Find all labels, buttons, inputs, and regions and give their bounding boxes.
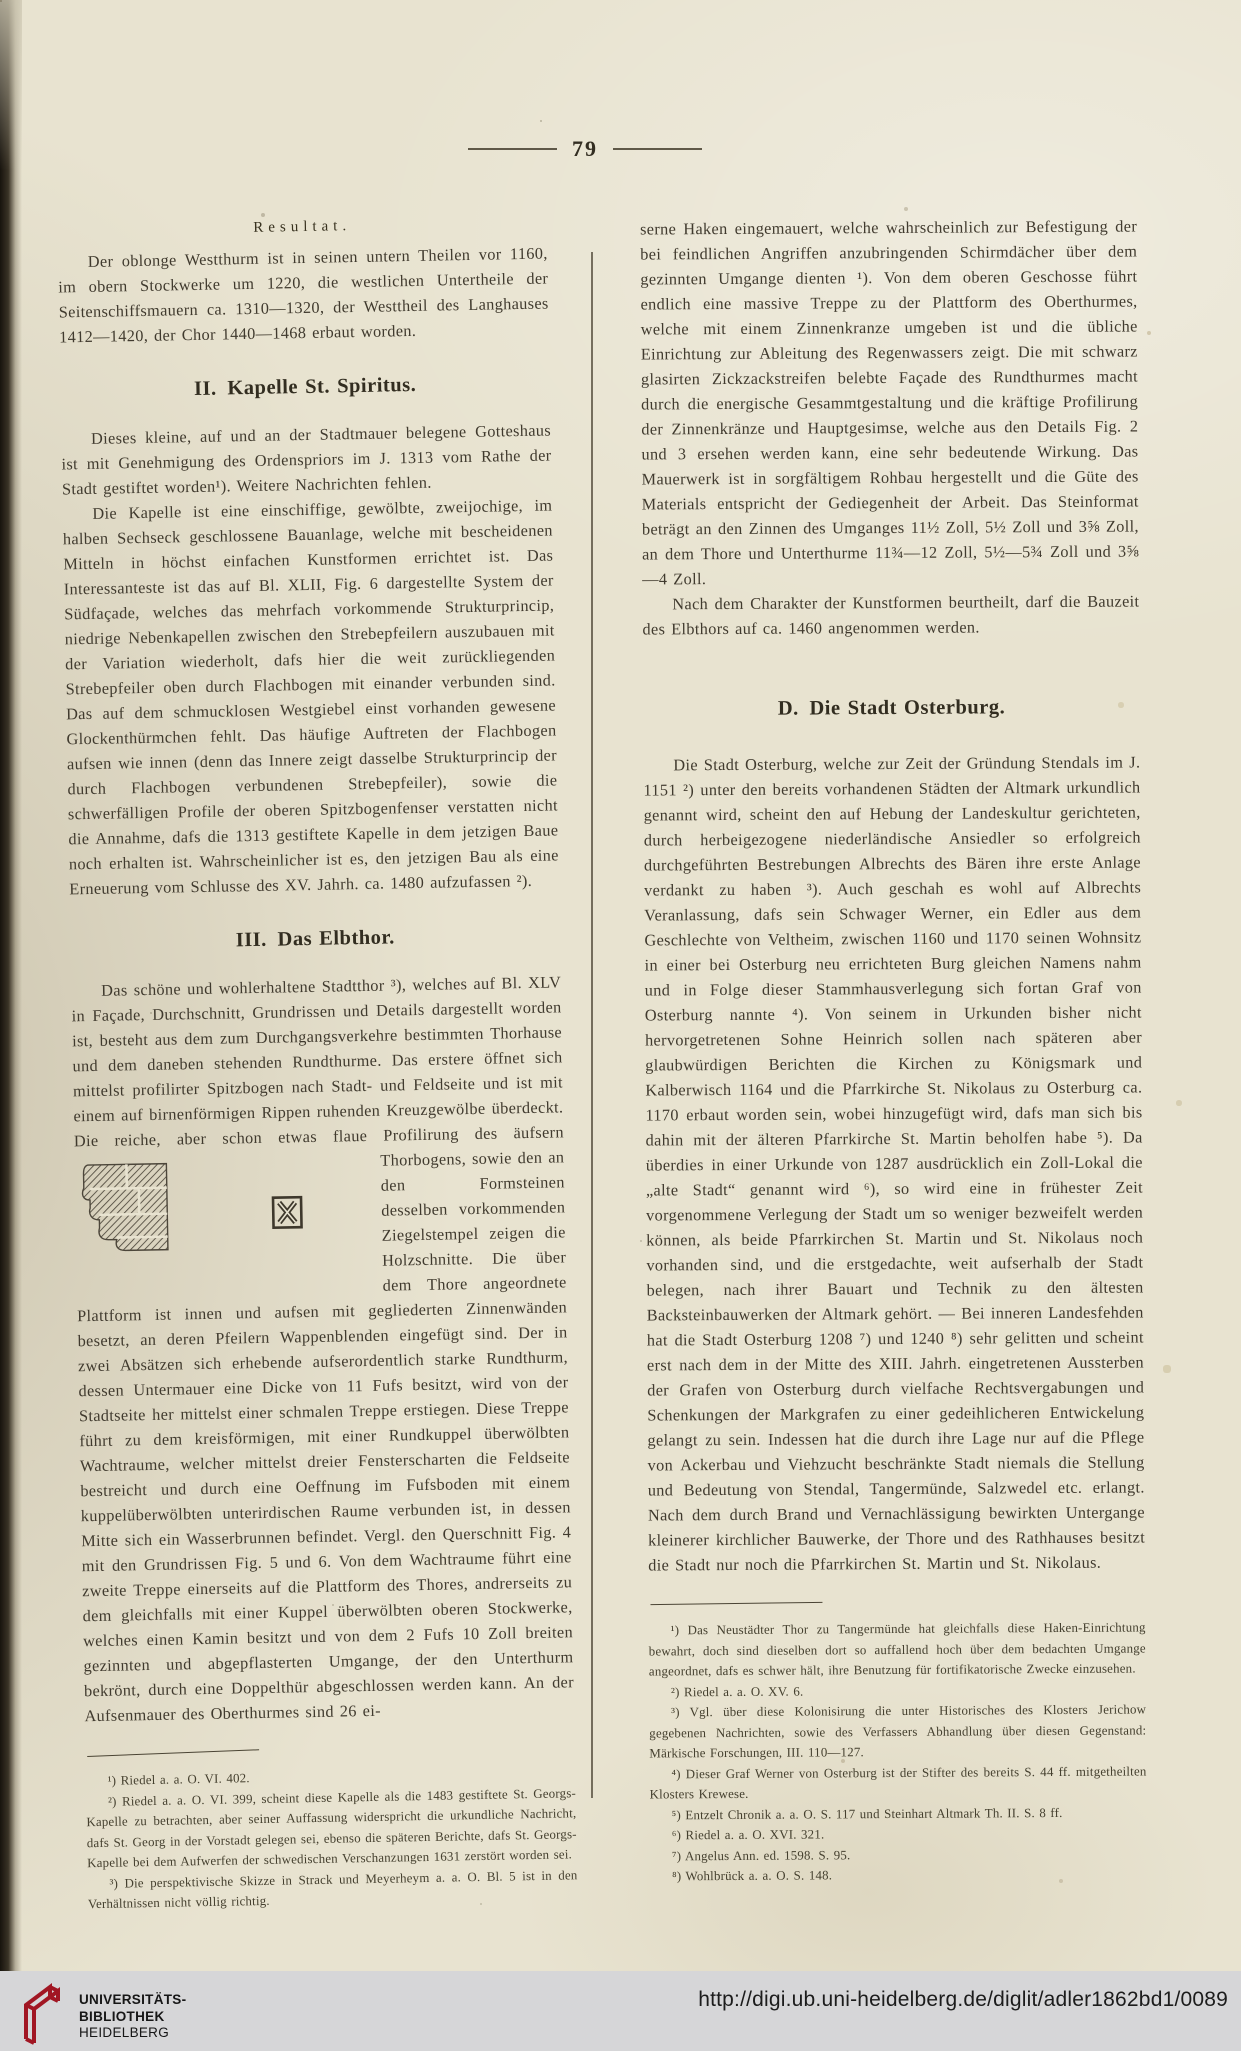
resultat-paragraph: Der oblonge Westthurm ist in seinen unte…	[58, 241, 550, 350]
left-column: Resultat. Der oblonge Westthurm ist in s…	[57, 211, 578, 1915]
page-number-rule-left	[468, 148, 557, 150]
footnote: ²) Riedel a. a. O. VI. 399, scheint dies…	[86, 1783, 577, 1874]
brick-stamp-x-woodcut-figure	[271, 1195, 304, 1230]
library-name-line1: UNIVERSITÄTS-	[79, 1992, 186, 2009]
section-heading-elbthor: III. Das Elbthor.	[70, 922, 560, 956]
viewer-footer-bar: UNIVERSITÄTS- BIBLIOTHEK HEIDELBERG http…	[0, 1971, 1241, 2051]
footnote: ⁴) Dieser Graf Werner von Osterburg ist …	[649, 1761, 1146, 1805]
elbthor-paragraph: Das schöne und wohlerhaltene Stadtthor ³…	[71, 969, 575, 1728]
library-name-line2: BIBLIOTHEK	[79, 2009, 186, 2026]
column-divider-rule	[591, 252, 593, 1798]
page-header: 79	[468, 136, 702, 162]
right-column: serne Haken eingemauert, welche wahrsche…	[640, 213, 1147, 1887]
library-name-line3: HEIDELBERG	[79, 2025, 186, 2042]
kapelle-paragraph-1: Dieses kleine, auf und an der Stadtmauer…	[61, 417, 552, 501]
paper-specks	[0, 0, 2, 2]
osterburg-paragraph: Die Stadt Osterburg, welche zur Zeit der…	[643, 749, 1145, 1577]
elbthor-continuation-paragraph: serne Haken eingemauert, welche wahrsche…	[640, 213, 1139, 591]
footnote-separator-right	[650, 1602, 822, 1605]
page-number-rule-right	[613, 148, 702, 150]
section-heading-kapelle: II. Kapelle St. Spiritus.	[60, 370, 550, 404]
woodcut-figures	[74, 1152, 368, 1285]
page-number: 79	[572, 136, 598, 162]
scan-source-url: http://digi.ub.uni-heidelberg.de/diglit/…	[698, 1988, 1228, 2012]
elbthor-dating-paragraph: Nach dem Charakter der Kunstformen beurt…	[642, 588, 1139, 641]
footnote: ¹) Das Neustädter Thor zu Tangermünde ha…	[649, 1617, 1146, 1682]
section-heading-osterburg: D. Die Stadt Osterburg.	[643, 694, 1140, 722]
book-gutter-shadow	[0, 0, 22, 1971]
footnote: ³) Vgl. über diese Kolonisirung die unte…	[649, 1699, 1146, 1764]
book-scan-page: 79 Resultat. Der oblonge Westthurm ist i…	[0, 0, 1241, 2051]
university-library-logo-icon	[16, 1981, 72, 2045]
kapelle-paragraph-2: Die Kapelle ist eine einschiffige, gewöl…	[62, 492, 559, 901]
footnote-separator-left	[87, 1749, 259, 1757]
footnote: ⁸) Wohlbrück a. a. O. S. 148.	[650, 1863, 1147, 1887]
moulding-profile-woodcut-figure	[78, 1158, 174, 1258]
library-name: UNIVERSITÄTS- BIBLIOTHEK HEIDELBERG	[79, 1992, 186, 2042]
